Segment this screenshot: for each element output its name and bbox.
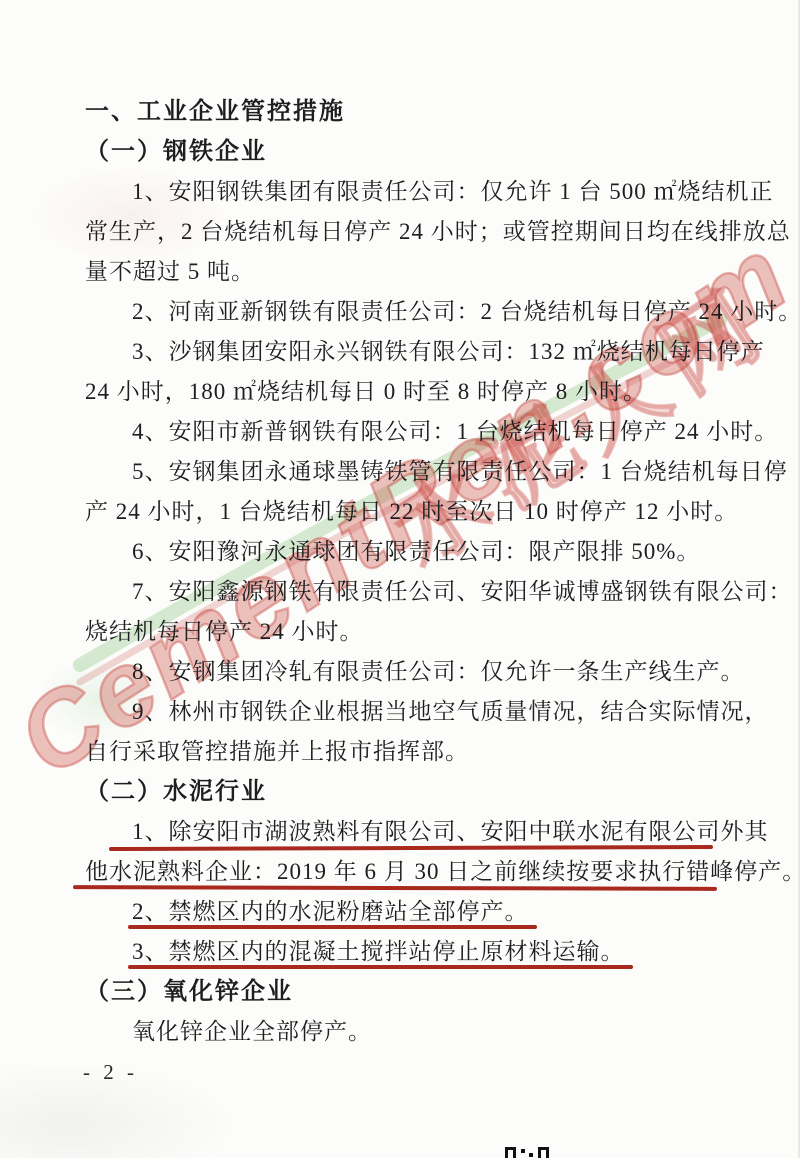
- line-text: 量不超过 5 吨。: [85, 259, 255, 284]
- text-line: 4、安阳市新普钢铁有限公司：1 台烧结机每日停产 24 小时。: [85, 412, 717, 452]
- line-text: 他水泥熟料企业：2019 年 6 月 30 日之前继续按要求执行错峰停产。: [85, 859, 800, 884]
- line-text: 3、沙钢集团安阳永兴钢铁有限公司：132 ㎡烧结机每日停产: [132, 339, 765, 364]
- line-text: 3、禁燃区内的混凝土搅拌站停止原材料运输。: [132, 932, 625, 972]
- text-line: 7、安阳鑫源钢铁有限责任公司、安阳华诚博盛钢铁有限公司：: [85, 572, 717, 612]
- subsection-heading-zinc-oxide: （三）氧化锌企业: [85, 972, 717, 1012]
- text-line: 产 24 小时，1 台烧结机每日 22 时至次日 10 时停产 12 小时。: [85, 492, 717, 532]
- text-line: 5、安钢集团永通球墨铸铁管有限责任公司：1 台烧结机每日停: [85, 452, 717, 492]
- qr-code-fragment: [505, 1147, 549, 1158]
- text-line-underlined: 3、禁燃区内的混凝土搅拌站停止原材料运输。: [85, 932, 717, 972]
- qr-dot: [529, 1153, 533, 1157]
- subsection-heading-steel: （一）钢铁企业: [85, 132, 717, 172]
- section-heading-industrial: 一、工业企业管控措施: [85, 92, 717, 132]
- qr-finder-right: [538, 1147, 549, 1158]
- line-text: 2、禁燃区内的水泥粉磨站全部停产。: [132, 892, 529, 932]
- text-line: 24 小时，180 ㎡烧结机每日 0 时至 8 时停产 8 小时。: [85, 372, 717, 412]
- heading-text: （一）钢铁企业: [85, 139, 267, 165]
- text-line: 量不超过 5 吨。: [85, 252, 717, 292]
- page-number: - 2 -: [83, 1060, 138, 1085]
- heading-text: 一、工业企业管控措施: [85, 98, 345, 125]
- heading-text: （二）水泥行业: [85, 779, 267, 805]
- line-text: 7、安阳鑫源钢铁有限责任公司、安阳华诚博盛钢铁有限公司：: [132, 579, 793, 604]
- line-text: 8、安钢集团冷轧有限责任公司：仅允许一条生产线生产。: [132, 659, 745, 684]
- text-line-underlined: 他水泥熟料企业：2019 年 6 月 30 日之前继续按要求执行错峰停产。: [85, 852, 717, 892]
- line-text: 1、安阳钢铁集团有限责任公司：仅允许 1 台 500 ㎡烧结机正: [132, 179, 774, 204]
- text-line: 2、河南亚新钢铁有限责任公司：2 台烧结机每日停产 24 小时。: [85, 292, 717, 332]
- document-body: 一、工业企业管控措施 （一）钢铁企业 1、安阳钢铁集团有限责任公司：仅允许 1 …: [85, 92, 717, 1052]
- qr-dot: [521, 1149, 525, 1153]
- text-line: 自行采取管控措施并上报市指挥部。: [85, 732, 717, 772]
- text-line: 1、安阳钢铁集团有限责任公司：仅允许 1 台 500 ㎡烧结机正: [85, 172, 717, 212]
- line-text: 5、安钢集团永通球墨铸铁管有限责任公司：1 台烧结机每日停: [132, 459, 788, 484]
- scanned-document-page: 水泥人网 CementRen.com 一、工业企业管控措施 （一）钢铁企业 1、…: [0, 0, 800, 1158]
- line-text: 9、林州市钢铁企业根据当地空气质量情况，结合实际情况，: [132, 699, 769, 724]
- text-line: 9、林州市钢铁企业根据当地空气质量情况，结合实际情况，: [85, 692, 717, 732]
- line-text: 24 小时，180 ㎡烧结机每日 0 时至 8 时停产 8 小时。: [85, 379, 647, 404]
- text-line: 3、沙钢集团安阳永兴钢铁有限公司：132 ㎡烧结机每日停产: [85, 332, 717, 372]
- text-line-underlined: 2、禁燃区内的水泥粉磨站全部停产。: [85, 892, 717, 932]
- line-text: 4、安阳市新普钢铁有限公司：1 台烧结机每日停产 24 小时。: [132, 419, 778, 444]
- text-line: 常生产，2 台烧结机每日停产 24 小时；或管控期间日均在线排放总: [85, 212, 717, 252]
- text-line: 烧结机每日停产 24 小时。: [85, 612, 717, 652]
- heading-text: （三）氧化锌企业: [85, 979, 293, 1005]
- subsection-heading-cement: （二）水泥行业: [85, 772, 717, 812]
- text-line: 6、安阳豫河永通球团有限责任公司：限产限排 50%。: [85, 532, 717, 572]
- line-text: 氧化锌企业全部停产。: [132, 1019, 372, 1044]
- line-text: 产 24 小时，1 台烧结机每日 22 时至次日 10 时停产 12 小时。: [85, 499, 738, 524]
- text-line: 8、安钢集团冷轧有限责任公司：仅允许一条生产线生产。: [85, 652, 717, 692]
- line-text: 6、安阳豫河永通球团有限责任公司：限产限排 50%。: [132, 539, 700, 564]
- line-text: 2、河南亚新钢铁有限责任公司：2 台烧结机每日停产 24 小时。: [132, 299, 800, 324]
- line-text: 自行采取管控措施并上报市指挥部。: [85, 739, 469, 764]
- qr-finder-left: [505, 1147, 516, 1158]
- line-text: 烧结机每日停产 24 小时。: [85, 619, 364, 644]
- text-line-underlined: 1、除安阳市湖波熟料有限公司、安阳中联水泥有限公司外其: [85, 812, 717, 852]
- text-line: 氧化锌企业全部停产。: [85, 1012, 717, 1052]
- line-text: 常生产，2 台烧结机每日停产 24 小时；或管控期间日均在线排放总: [85, 219, 791, 244]
- line-text: 1、除安阳市湖波熟料有限公司、安阳中联水泥有限公司外其: [132, 819, 769, 844]
